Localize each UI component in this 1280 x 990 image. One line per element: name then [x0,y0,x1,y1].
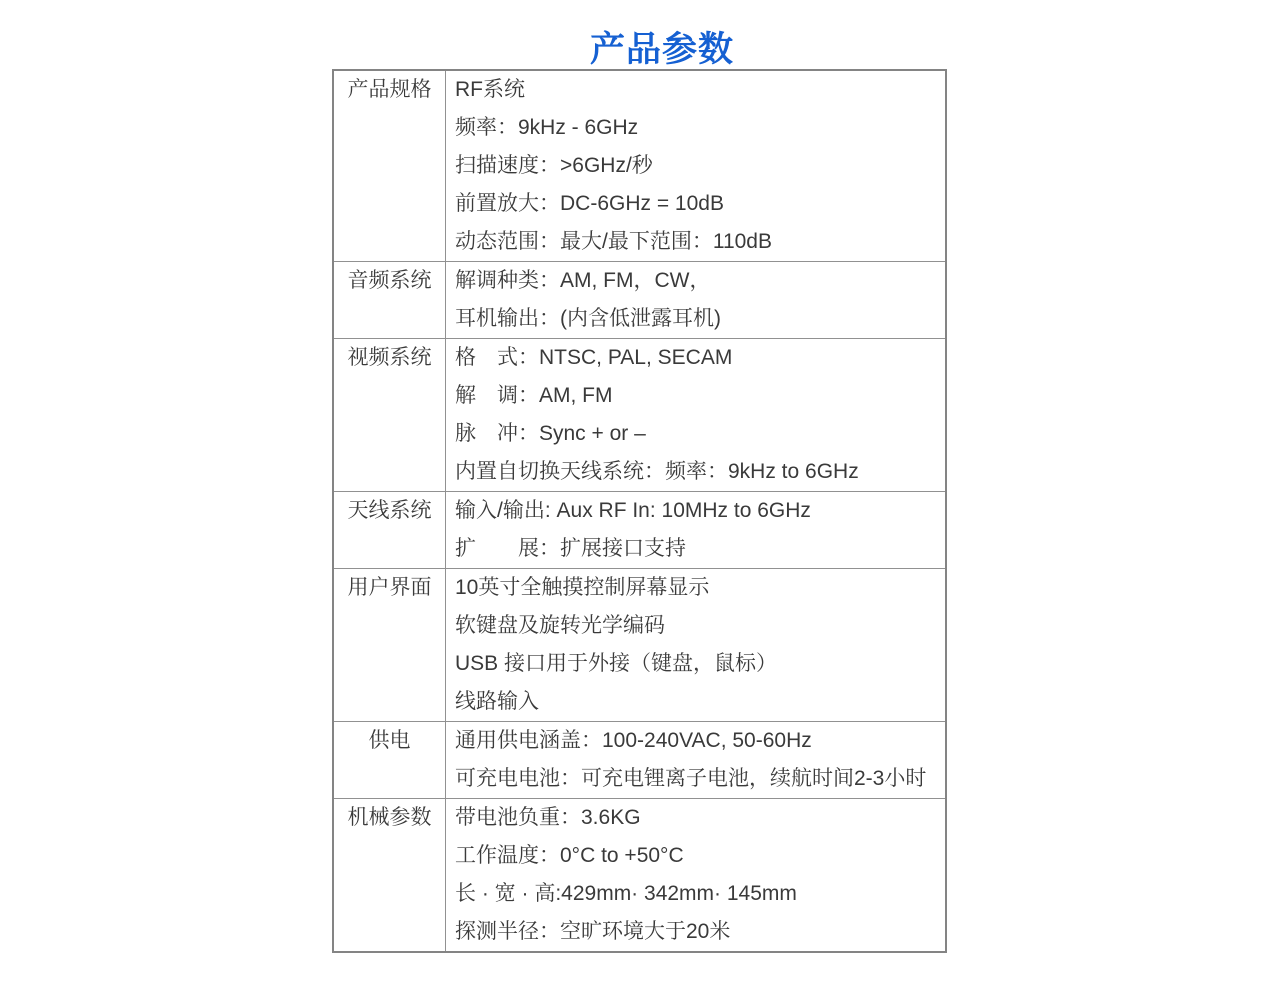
table-row: 天线系统 输入/输出: Aux RF In: 10MHz to 6GHz扩 展：… [334,491,945,568]
spec-line: 频率：9kHz - 6GHz [455,109,945,147]
row-category-label: 机械参数 [334,799,446,951]
table-row: 用户界面 10英寸全触摸控制屏幕显示软键盘及旋转光学编码USB 接口用于外接（键… [334,568,945,721]
row-spec-lines: 格 式：NTSC, PAL, SECAM解 调：AM, FM脉 冲：Sync +… [446,339,945,491]
spec-line: 动态范围：最大/最下范围：110dB [455,223,945,261]
table-row: 产品规格 RF系统频率：9kHz - 6GHz扫描速度：>6GHz/秒前置放大：… [334,71,945,261]
table-row: 音频系统 解调种类：AM, FM，CW，耳机输出：(内含低泄露耳机) [334,261,945,338]
row-category-label: 用户界面 [334,569,446,721]
spec-line: 耳机输出：(内含低泄露耳机) [455,300,945,338]
spec-line: 带电池负重：3.6KG [455,799,945,837]
spec-line: 扫描速度：>6GHz/秒 [455,147,945,185]
spec-line: 10英寸全触摸控制屏幕显示 [455,569,945,607]
spec-line: 解 调：AM, FM [455,377,945,415]
spec-line: 输入/输出: Aux RF In: 10MHz to 6GHz [455,492,945,530]
spec-line: 探测半径：空旷环境大于20米 [455,913,945,951]
spec-line: RF系统 [455,71,945,109]
spec-line: 前置放大：DC-6GHz = 10dB [455,185,945,223]
spec-line: 可充电电池：可充电锂离子电池，续航时间2-3小时 [455,760,945,798]
table-row: 供电 通用供电涵盖：100-240VAC, 50-60Hz可充电电池：可充电锂离… [334,721,945,798]
spec-line: 解调种类：AM, FM，CW， [455,262,945,300]
row-category-label: 视频系统 [334,339,446,491]
spec-table: 产品规格 RF系统频率：9kHz - 6GHz扫描速度：>6GHz/秒前置放大：… [332,69,947,953]
row-spec-lines: 通用供电涵盖：100-240VAC, 50-60Hz可充电电池：可充电锂离子电池… [446,722,945,798]
row-category-label: 供电 [334,722,446,798]
row-category-label: 天线系统 [334,492,446,568]
spec-line: 软键盘及旋转光学编码 [455,607,945,645]
spec-line: 通用供电涵盖：100-240VAC, 50-60Hz [455,722,945,760]
page-title: 产品参数 [333,22,947,72]
spec-line: 格 式：NTSC, PAL, SECAM [455,339,945,377]
spec-table-body: 产品规格 RF系统频率：9kHz - 6GHz扫描速度：>6GHz/秒前置放大：… [334,71,945,951]
row-spec-lines: 解调种类：AM, FM，CW，耳机输出：(内含低泄露耳机) [446,262,945,338]
spec-line: 线路输入 [455,683,945,721]
table-row: 视频系统 格 式：NTSC, PAL, SECAM解 调：AM, FM脉 冲：S… [334,338,945,491]
spec-line: 扩 展：扩展接口支持 [455,530,945,568]
table-row: 机械参数 带电池负重：3.6KG工作温度：0°C to +50°C长 · 宽 ·… [334,798,945,951]
spec-line: 工作温度：0°C to +50°C [455,837,945,875]
row-category-label: 产品规格 [334,71,446,261]
row-spec-lines: 输入/输出: Aux RF In: 10MHz to 6GHz扩 展：扩展接口支… [446,492,945,568]
row-spec-lines: RF系统频率：9kHz - 6GHz扫描速度：>6GHz/秒前置放大：DC-6G… [446,71,945,261]
spec-line: 内置自切换天线系统：频率：9kHz to 6GHz [455,453,945,491]
row-spec-lines: 带电池负重：3.6KG工作温度：0°C to +50°C长 · 宽 · 高:42… [446,799,945,951]
spec-line: 脉 冲：Sync + or – [455,415,945,453]
row-spec-lines: 10英寸全触摸控制屏幕显示软键盘及旋转光学编码USB 接口用于外接（键盘，鼠标）… [446,569,945,721]
spec-line: USB 接口用于外接（键盘，鼠标） [455,645,945,683]
row-category-label: 音频系统 [334,262,446,338]
spec-line: 长 · 宽 · 高:429mm· 342mm· 145mm [455,875,945,913]
